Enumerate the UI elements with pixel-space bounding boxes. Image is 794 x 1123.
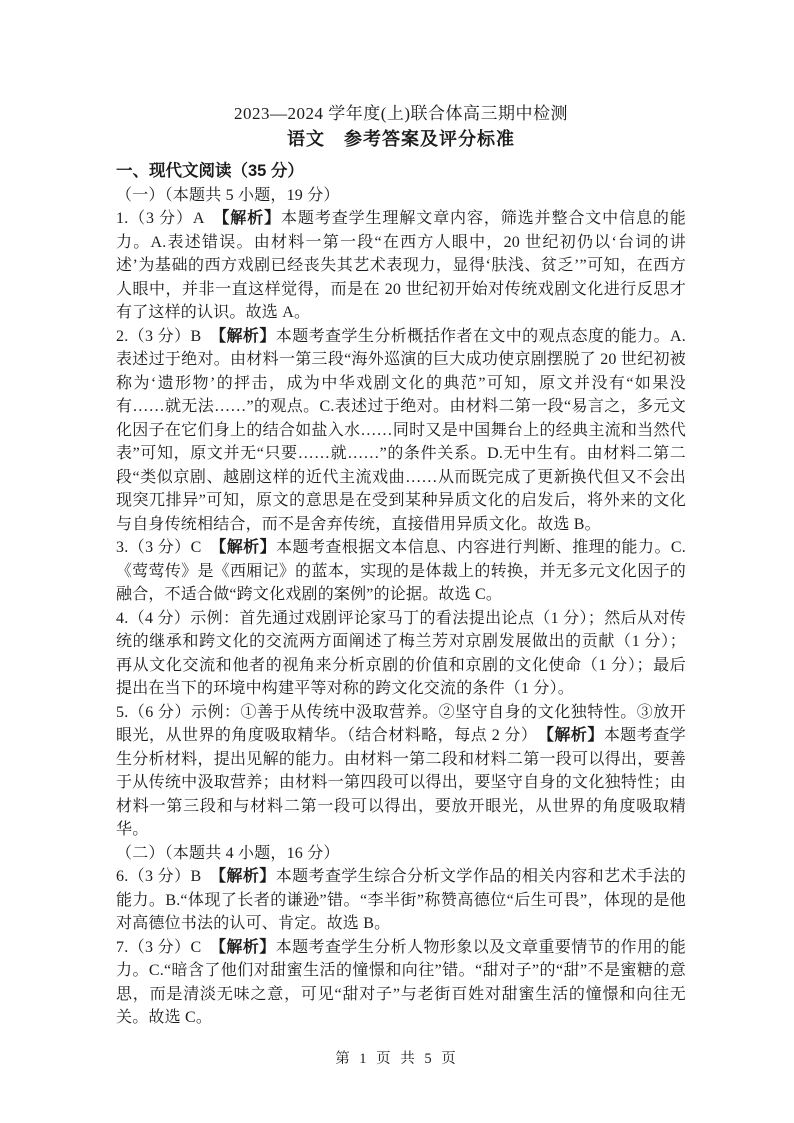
answer-q4-prefix: 4.（4 分）示例：首先通过戏剧评论家马丁的看法提出论点（1 分）；然后从对传统… xyxy=(116,610,686,698)
analysis-tag: 【解析】 xyxy=(546,727,604,744)
answer-q4: 4.（4 分）示例：首先通过戏剧评论家马丁的看法提出论点（1 分）；然后从对传统… xyxy=(116,607,686,701)
answer-q6-prefix: 6.（3 分）B xyxy=(116,868,218,885)
part1-heading: （一）（本题共 5 小题，19 分） xyxy=(116,184,686,208)
answer-q2-body: 本题考查学生分析概括作者在文中的观点态度的能力。A.表述过于绝对。由材料一第三段… xyxy=(116,328,686,533)
analysis-tag: 【解析】 xyxy=(218,939,276,956)
part2-heading: （二）（本题共 4 小题，16 分） xyxy=(116,842,686,866)
answer-q7-prefix: 7.（3 分）C xyxy=(116,939,218,956)
analysis-tag: 【解析】 xyxy=(221,210,281,227)
answer-q3-prefix: 3.（3 分）C xyxy=(116,539,218,556)
answer-q2-prefix: 2.（3 分）B xyxy=(116,328,218,345)
answer-q3: 3.（3 分）C 【解析】本题考查根据文本信息、内容进行判断、推理的能力。C.《… xyxy=(116,536,686,607)
answer-q7: 7.（3 分）C 【解析】本题考查学生分析人物形象以及文章重要情节的作用的能力。… xyxy=(116,936,686,1030)
answer-q2: 2.（3 分）B 【解析】本题考查学生分析概括作者在文中的观点态度的能力。A.表… xyxy=(116,325,686,537)
answer-q5: 5.（6 分）示例：①善于从传统中汲取营养。②坚守自身的文化独特性。③放开眼光，… xyxy=(116,701,686,842)
document-content: 2023—2024 学年度(上)联合体高三期中检测 语文 参考答案及评分标准 一… xyxy=(116,101,686,1030)
analysis-tag: 【解析】 xyxy=(218,539,276,556)
analysis-tag: 【解析】 xyxy=(218,868,276,885)
exam-title: 2023—2024 学年度(上)联合体高三期中检测 xyxy=(116,101,686,126)
answer-key-title: 语文 参考答案及评分标准 xyxy=(116,126,686,153)
answer-q6: 6.（3 分）B 【解析】本题考查学生综合分析文学作品的相关内容和艺术手法的能力… xyxy=(116,865,686,936)
page-number: 第 1 页 共 5 页 xyxy=(0,1047,794,1068)
answer-q1: 1.（3 分）A 【解析】本题考查学生理解文章内容，筛选并整合文中信息的能力。A… xyxy=(116,207,686,325)
answer-q1-prefix: 1.（3 分）A xyxy=(116,210,221,227)
analysis-tag: 【解析】 xyxy=(218,328,276,345)
section-heading-modern-reading: 一、现代文阅读（35 分） xyxy=(116,160,686,184)
document-page: 2023—2024 学年度(上)联合体高三期中检测 语文 参考答案及评分标准 一… xyxy=(0,0,794,1123)
